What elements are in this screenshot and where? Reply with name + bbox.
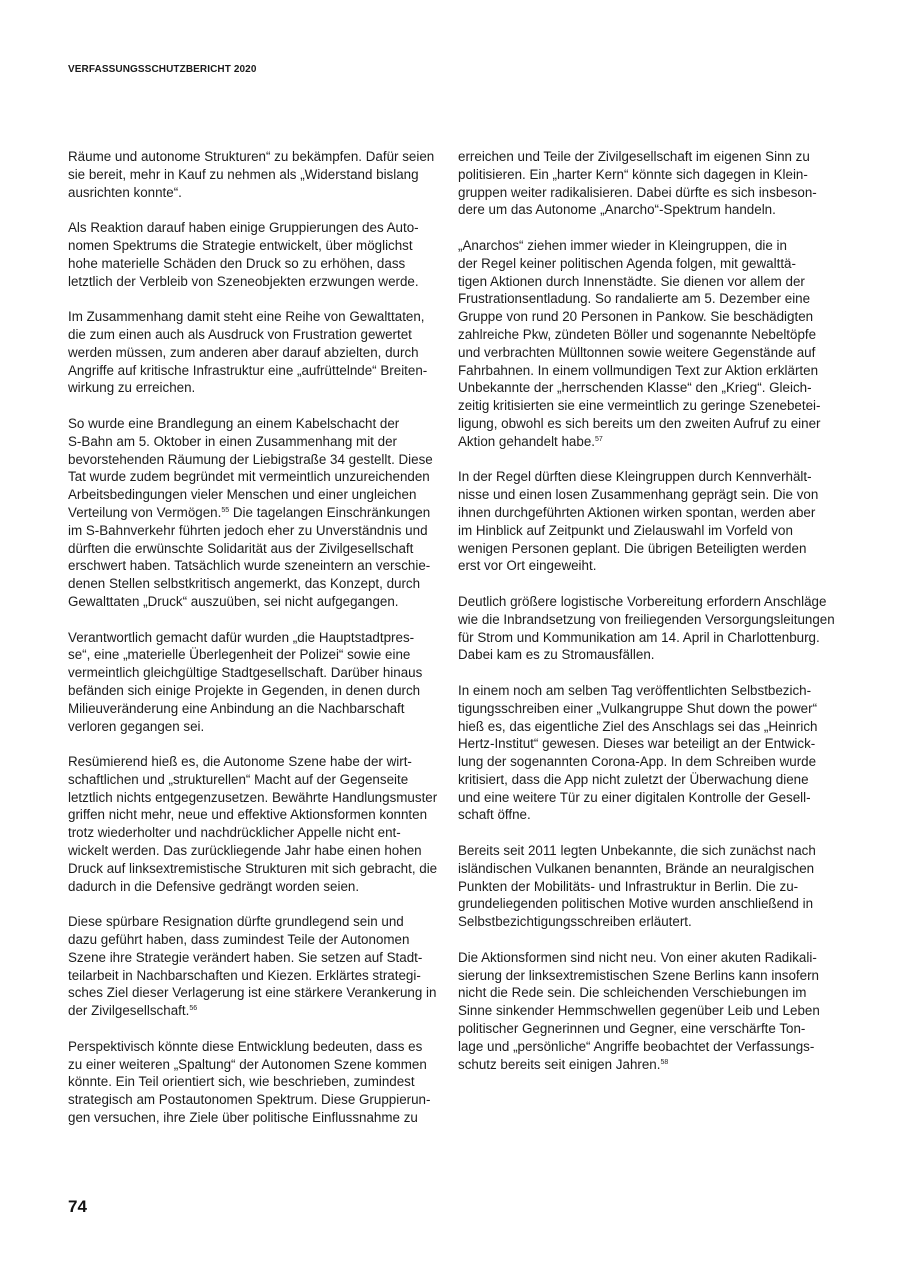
text-line: Angriffe auf kritische Infrastruktur ein… bbox=[68, 362, 446, 380]
text-line: strategisch am Postautonomen Spektrum. D… bbox=[68, 1091, 446, 1109]
text-line: Milieuveränderung eine Anbindung an die … bbox=[68, 700, 446, 718]
text-line: gen versuchen, ihre Ziele über politisch… bbox=[68, 1109, 446, 1127]
text-line: schutz bereits seit einigen Jahren.58 bbox=[458, 1056, 836, 1074]
text-line: Resümierend hieß es, die Autonome Szene … bbox=[68, 753, 446, 771]
text-line: im S-Bahnverkehr führten jedoch eher zu … bbox=[68, 522, 446, 540]
text-line: Aktion gehandelt habe.57 bbox=[458, 433, 836, 451]
text-line: Druck auf linksextremistische Strukturen… bbox=[68, 860, 446, 878]
text-line: zeitig kritisierten sie eine vermeintlic… bbox=[458, 397, 836, 415]
text-line: In der Regel dürften diese Kleingruppen … bbox=[458, 468, 836, 486]
text-line: und verbrachten Mülltonnen sowie weitere… bbox=[458, 344, 836, 362]
text-line: Hertz-Institut“ gewesen. Dieses war bete… bbox=[458, 735, 836, 753]
text-line: schaft öffne. bbox=[458, 806, 836, 824]
text-line: Gewalttaten „Druck“ auszuüben, sei nicht… bbox=[68, 593, 446, 611]
text-line: dazu geführt haben, dass zumindest Teile… bbox=[68, 931, 446, 949]
body-paragraph: Räume und autonome Strukturen“ zu bekämp… bbox=[68, 148, 446, 201]
text-line: hieß es, das eigentliche Ziel des Anschl… bbox=[458, 718, 836, 736]
text-line: Im Zusammenhang damit steht eine Reihe v… bbox=[68, 308, 446, 326]
text-line: Sinne sinkender Hemmschwellen gegenüber … bbox=[458, 1002, 836, 1020]
page-number: 74 bbox=[68, 1197, 87, 1217]
text-line: sie bereit, mehr in Kauf zu nehmen als „… bbox=[68, 166, 446, 184]
text-line: Diese spürbare Resignation dürfte grundl… bbox=[68, 913, 446, 931]
text-line: wirkung zu erreichen. bbox=[68, 379, 446, 397]
text-line: gruppen weiter radikalisieren. Dabei dür… bbox=[458, 184, 836, 202]
body-paragraph: Diese spürbare Resignation dürfte grundl… bbox=[68, 913, 446, 1020]
text-line: vermeintlich gleichgültige Stadtgesellsc… bbox=[68, 664, 446, 682]
text-line: sches Ziel dieser Verlagerung ist eine s… bbox=[68, 984, 446, 1002]
text-line: nomen Spektrums die Strategie entwickelt… bbox=[68, 237, 446, 255]
body-paragraph: In der Regel dürften diese Kleingruppen … bbox=[458, 468, 836, 575]
text-line: im Hinblick auf Zeitpunkt und Zielauswah… bbox=[458, 522, 836, 540]
text-line: In einem noch am selben Tag veröffentlic… bbox=[458, 682, 836, 700]
text-line: tigungsschreiben einer „Vulkangruppe Shu… bbox=[458, 700, 836, 718]
text-line: lage und „persönliche“ Angriffe beobacht… bbox=[458, 1038, 836, 1056]
text-line: Verteilung von Vermögen.55 Die tagelange… bbox=[68, 504, 446, 522]
footnote-marker[interactable]: 55 bbox=[221, 507, 229, 514]
text-line: der Zivilgesellschaft.56 bbox=[68, 1002, 446, 1020]
text-line: sierung der linksextremistischen Szene B… bbox=[458, 967, 836, 985]
text-line: trotz wiederholter und nachdrücklicher A… bbox=[68, 824, 446, 842]
text-line: nisse und einen losen Zusammenhang geprä… bbox=[458, 486, 836, 504]
text-line: nicht die Rede sein. Die schleichenden V… bbox=[458, 984, 836, 1002]
text-line: S-Bahn am 5. Oktober in einen Zusammenha… bbox=[68, 433, 446, 451]
text-line: Gruppe von rund 20 Personen in Pankow. S… bbox=[458, 308, 836, 326]
text-line: wie die Inbrandsetzung von freiliegenden… bbox=[458, 611, 836, 629]
body-paragraph: In einem noch am selben Tag veröffentlic… bbox=[458, 682, 836, 824]
text-line: Dabei kam es zu Stromausfällen. bbox=[458, 646, 836, 664]
footnote-marker[interactable]: 58 bbox=[660, 1059, 668, 1066]
text-line: Szene ihre Strategie verändert haben. Si… bbox=[68, 949, 446, 967]
text-line: So wurde eine Brandlegung an einem Kabel… bbox=[68, 415, 446, 433]
text-line: isländischen Vulkanen benannten, Brände … bbox=[458, 860, 836, 878]
text-line: Verantwortlich gemacht dafür wurden „die… bbox=[68, 629, 446, 647]
body-paragraph: „Anarchos“ ziehen immer wieder in Kleing… bbox=[458, 237, 836, 451]
text-line: zu einer weiteren „Spaltung“ der Autonom… bbox=[68, 1056, 446, 1074]
text-line: für Strom und Kommunikation am 14. April… bbox=[458, 629, 836, 647]
text-line: kritisiert, dass die App nicht zuletzt d… bbox=[458, 771, 836, 789]
text-line: letztlich der Verbleib von Szeneobjekten… bbox=[68, 273, 446, 291]
body-paragraph: Als Reaktion darauf haben einige Gruppie… bbox=[68, 219, 446, 290]
body-paragraph: So wurde eine Brandlegung an einem Kabel… bbox=[68, 415, 446, 611]
text-line: könnte. Ein Teil orientiert sich, wie be… bbox=[68, 1073, 446, 1091]
text-line: se“, eine „materielle Überlegenheit der … bbox=[68, 646, 446, 664]
text-line: Bereits seit 2011 legten Unbekannte, die… bbox=[458, 842, 836, 860]
text-line: ligung, obwohl es sich bereits um den zw… bbox=[458, 415, 836, 433]
text-line: tigen Aktionen durch Innenstädte. Sie di… bbox=[458, 273, 836, 291]
footnote-marker[interactable]: 56 bbox=[189, 1005, 197, 1012]
text-line: Unbekannte der „herrschenden Klasse“ den… bbox=[458, 379, 836, 397]
text-line: lung der sogenannten Corona-App. In dem … bbox=[458, 753, 836, 771]
text-line: Als Reaktion darauf haben einige Gruppie… bbox=[68, 219, 446, 237]
text-line: zahlreiche Pkw, zündeten Böller und soge… bbox=[458, 326, 836, 344]
text-line: ausrichten konnte“. bbox=[68, 184, 446, 202]
text-line: werden müssen, zum anderen aber darauf a… bbox=[68, 344, 446, 362]
text-line: griffen nicht mehr, neue und effektive A… bbox=[68, 806, 446, 824]
text-line: dere um das Autonome „Anarcho“-Spektrum … bbox=[458, 201, 836, 219]
text-line: Perspektivisch könnte diese Entwicklung … bbox=[68, 1038, 446, 1056]
text-line: Fahrbahnen. In einem vollmundigen Text z… bbox=[458, 362, 836, 380]
text-line: Punkten der Mobilitäts- und Infrastruktu… bbox=[458, 878, 836, 896]
text-line: politisieren. Ein „harter Kern“ könnte s… bbox=[458, 166, 836, 184]
text-line: erst vor Ort eingeweiht. bbox=[458, 557, 836, 575]
text-line: erreichen und Teile der Zivilgesellschaf… bbox=[458, 148, 836, 166]
body-paragraph: Deutlich größere logistische Vorbereitun… bbox=[458, 593, 836, 664]
text-line: denen Stellen selbstkritisch angemerkt, … bbox=[68, 575, 446, 593]
text-line: und eine weitere Tür zu einer digitalen … bbox=[458, 789, 836, 807]
text-line: wickelt werden. Das zurückliegende Jahr … bbox=[68, 842, 446, 860]
text-line: schaftlichen und „strukturellen“ Macht a… bbox=[68, 771, 446, 789]
left-column: Räume und autonome Strukturen“ zu bekämp… bbox=[68, 148, 446, 1145]
text-line: Selbstbezichtigungsschreiben erläutert. bbox=[458, 913, 836, 931]
right-column: erreichen und Teile der Zivilgesellschaf… bbox=[458, 148, 836, 1091]
body-paragraph: Bereits seit 2011 legten Unbekannte, die… bbox=[458, 842, 836, 931]
text-line: Tat wurde zudem begründet mit vermeintli… bbox=[68, 468, 446, 486]
text-line: erschwert haben. Tatsächlich wurde szene… bbox=[68, 557, 446, 575]
text-line: verloren gegangen sei. bbox=[68, 718, 446, 736]
text-line: bevorstehenden Räumung der Liebigstraße … bbox=[68, 451, 446, 469]
text-line: befänden sich einige Projekte in Gegende… bbox=[68, 682, 446, 700]
text-line: wenigen Personen geplant. Die übrigen Be… bbox=[458, 540, 836, 558]
body-paragraph: Resümierend hieß es, die Autonome Szene … bbox=[68, 753, 446, 895]
body-paragraph: Im Zusammenhang damit steht eine Reihe v… bbox=[68, 308, 446, 397]
text-line: „Anarchos“ ziehen immer wieder in Kleing… bbox=[458, 237, 836, 255]
body-paragraph: Perspektivisch könnte diese Entwicklung … bbox=[68, 1038, 446, 1127]
running-header: VERFASSUNGSSCHUTZBERICHT 2020 bbox=[68, 64, 257, 75]
text-line: Die Aktionsformen sind nicht neu. Von ei… bbox=[458, 949, 836, 967]
text-line: der Regel keiner politischen Agenda folg… bbox=[458, 255, 836, 273]
text-line: dadurch in die Defensive gedrängt worden… bbox=[68, 878, 446, 896]
body-paragraph: Verantwortlich gemacht dafür wurden „die… bbox=[68, 629, 446, 736]
text-line: hohe materielle Schäden den Druck so zu … bbox=[68, 255, 446, 273]
footnote-marker[interactable]: 57 bbox=[595, 436, 603, 443]
text-line: die zum einen auch als Ausdruck von Frus… bbox=[68, 326, 446, 344]
text-line: teilarbeit in Nachbarschaften und Kiezen… bbox=[68, 967, 446, 985]
text-line: letztlich nichts entgegenzusetzen. Bewäh… bbox=[68, 789, 446, 807]
body-paragraph: erreichen und Teile der Zivilgesellschaf… bbox=[458, 148, 836, 219]
text-line: Frustrationsentladung. So randalierte am… bbox=[458, 290, 836, 308]
text-line: Räume und autonome Strukturen“ zu bekämp… bbox=[68, 148, 446, 166]
text-line: dürften die erwünschte Solidarität aus d… bbox=[68, 540, 446, 558]
text-line: politischer Gegnerinnen und Gegner, eine… bbox=[458, 1020, 836, 1038]
text-line: grundeliegenden politischen Motive wurde… bbox=[458, 895, 836, 913]
text-line: Deutlich größere logistische Vorbereitun… bbox=[458, 593, 836, 611]
body-paragraph: Die Aktionsformen sind nicht neu. Von ei… bbox=[458, 949, 836, 1074]
text-line: ihnen durchgeführten Aktionen wirken spo… bbox=[458, 504, 836, 522]
text-line: Arbeitsbedingungen vieler Menschen und e… bbox=[68, 486, 446, 504]
